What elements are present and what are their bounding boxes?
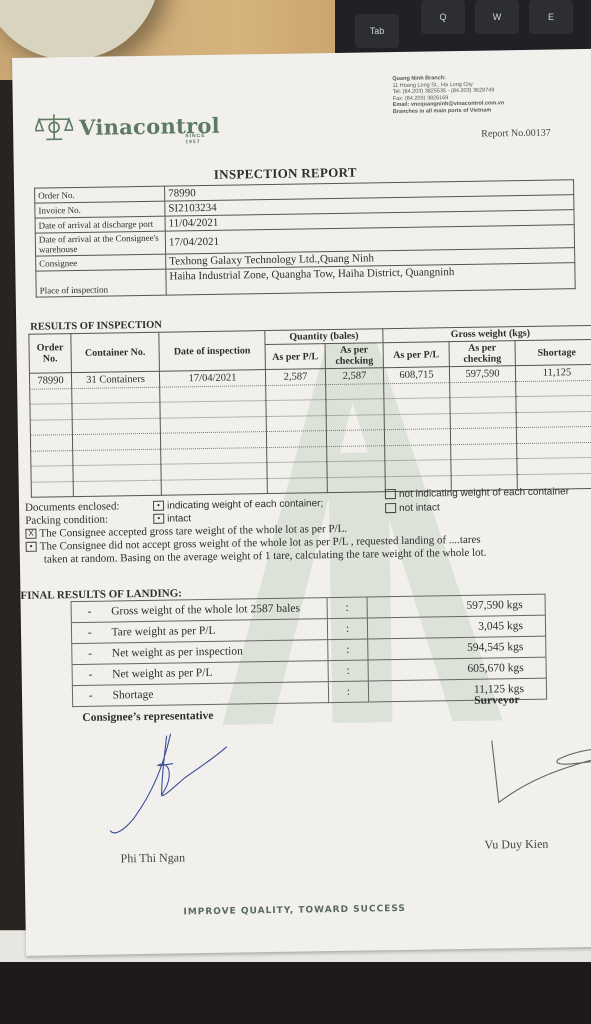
results-cell bbox=[450, 381, 516, 398]
doc-not-indicating-label: not indicating weight of each container bbox=[399, 486, 569, 500]
col-gross-check: As per checking bbox=[449, 341, 515, 367]
final-value: 605,670 kgs bbox=[368, 657, 546, 681]
results-cell bbox=[267, 446, 327, 462]
results-cell bbox=[326, 430, 384, 446]
col-qty-check: As per checking bbox=[325, 343, 383, 369]
col-date: Date of inspection bbox=[159, 331, 266, 372]
results-cell bbox=[31, 466, 73, 482]
branch-note: Branches in all main ports of Vietnam bbox=[393, 107, 491, 115]
results-cell bbox=[31, 450, 73, 466]
final-dash: - bbox=[71, 622, 107, 644]
final-dash: - bbox=[72, 643, 108, 665]
col-qty-pl: As per P/L bbox=[265, 344, 325, 370]
not-accepted-checkbox[interactable]: • bbox=[26, 542, 37, 552]
results-cell bbox=[30, 404, 72, 420]
accepted-checkbox[interactable]: X bbox=[25, 529, 36, 539]
col-container-no: Container No. bbox=[71, 332, 160, 372]
results-cell bbox=[517, 442, 591, 459]
documents-label: Documents enclosed: bbox=[25, 500, 120, 513]
pack-not-intact-checkbox[interactable] bbox=[385, 503, 396, 513]
final-results-table: -Gross weight of the whole lot 2587 bale… bbox=[71, 594, 548, 707]
report-number: Report No.00137 bbox=[481, 128, 551, 140]
shipment-info-table: Order No.78990 Invoice No.SI2103234 Date… bbox=[34, 179, 576, 297]
final-value: 594,545 kgs bbox=[368, 636, 546, 660]
results-cell bbox=[384, 429, 450, 446]
footer-slogan: IMPROVE QUALITY, TOWARD SUCCESS bbox=[183, 904, 406, 917]
col-gross-pl: As per P/L bbox=[383, 342, 449, 368]
results-cell bbox=[161, 463, 267, 480]
results-cell bbox=[30, 435, 72, 451]
key-q: Q bbox=[421, 0, 465, 34]
final-colon: : bbox=[327, 597, 367, 619]
final-colon: : bbox=[328, 639, 368, 661]
final-colon: : bbox=[328, 660, 368, 682]
results-cell bbox=[161, 447, 267, 464]
results-cell bbox=[266, 384, 326, 400]
vinacontrol-logo: Vinacontrol SINCE 1957 bbox=[35, 110, 220, 143]
key-w: W bbox=[475, 0, 519, 34]
results-cell bbox=[30, 388, 72, 404]
inspection-report-page: Quang Ninh Branch: 11 Hoang Long St., Ha… bbox=[12, 49, 591, 956]
scales-icon bbox=[35, 112, 73, 143]
results-cell bbox=[161, 478, 267, 495]
brand-since: SINCE 1957 bbox=[185, 133, 220, 146]
results-cell bbox=[160, 416, 266, 433]
col-shortage: Shortage bbox=[515, 339, 591, 365]
final-colon: : bbox=[327, 618, 367, 640]
results-cell bbox=[266, 415, 326, 431]
final-value: 3,045 kgs bbox=[367, 615, 545, 639]
results-cell bbox=[72, 418, 160, 435]
results-cell bbox=[385, 444, 451, 461]
results-cell bbox=[267, 477, 327, 493]
results-cell bbox=[516, 426, 591, 443]
place-value: Haiha Industrial Zone, Quangha Tow, Haih… bbox=[166, 263, 575, 295]
results-cell bbox=[31, 481, 73, 497]
results-cell bbox=[516, 395, 591, 412]
results-cell bbox=[516, 411, 591, 428]
surveyor-name: Vu Duy Kien bbox=[484, 837, 548, 853]
results-cell bbox=[73, 449, 161, 466]
results-cell bbox=[72, 433, 160, 450]
results-cell: 597,590 bbox=[449, 366, 515, 383]
results-cell: 78990 bbox=[29, 373, 71, 389]
results-cell: 17/04/2021 bbox=[159, 370, 265, 387]
branch-title: Quang Ninh Branch: bbox=[392, 75, 446, 82]
final-colon: : bbox=[328, 681, 368, 703]
results-cell: 11,125 bbox=[515, 364, 591, 381]
results-cell bbox=[326, 414, 384, 430]
results-table: Order No. Container No. Date of inspecti… bbox=[28, 325, 591, 498]
results-cell bbox=[451, 459, 517, 476]
surveyor-signature-icon bbox=[488, 729, 591, 811]
final-dash: - bbox=[72, 664, 108, 686]
results-cell bbox=[73, 464, 161, 481]
place-label: Place of inspection bbox=[36, 269, 166, 297]
doc-indicating-checkbox[interactable]: • bbox=[153, 501, 164, 511]
results-cell bbox=[72, 402, 160, 419]
results-cell bbox=[266, 400, 326, 416]
results-cell bbox=[385, 460, 451, 477]
results-cell bbox=[326, 383, 384, 399]
results-cell: 31 Containers bbox=[71, 371, 159, 388]
final-dash: - bbox=[71, 601, 107, 623]
consignee-rep-name: Phi Thi Ngan bbox=[120, 850, 185, 866]
results-cell bbox=[266, 431, 326, 447]
results-cell bbox=[450, 412, 516, 429]
results-cell bbox=[327, 461, 385, 477]
results-cell bbox=[160, 432, 266, 449]
pack-not-intact-label: not intact bbox=[399, 502, 440, 514]
results-cell bbox=[73, 480, 161, 497]
results-cell bbox=[326, 399, 384, 415]
results-cell: 2,587 bbox=[265, 369, 325, 385]
branch-contact: Quang Ninh Branch: 11 Hoang Long St., Ha… bbox=[392, 74, 504, 115]
surveyor-label: Surveyor bbox=[474, 694, 520, 707]
results-cell bbox=[160, 401, 266, 418]
key-e: E bbox=[529, 0, 573, 34]
key-tab: Tab bbox=[355, 14, 399, 48]
results-cell bbox=[30, 419, 72, 435]
results-cell: 2,587 bbox=[325, 368, 383, 384]
results-cell bbox=[384, 398, 450, 415]
final-value: 597,590 kgs bbox=[367, 594, 545, 618]
results-cell bbox=[160, 385, 266, 402]
pack-intact-checkbox[interactable]: • bbox=[153, 514, 164, 524]
col-order-no: Order No. bbox=[29, 334, 72, 374]
doc-not-indicating-checkbox[interactable] bbox=[385, 489, 396, 499]
results-cell bbox=[451, 443, 517, 460]
results-cell bbox=[450, 428, 516, 445]
results-cell bbox=[384, 382, 450, 399]
consignee-rep-label: Consignee’s representative bbox=[82, 710, 213, 724]
dark-background bbox=[0, 960, 591, 1024]
conditions-section: Documents enclosed: •indicating weight o… bbox=[25, 493, 591, 567]
results-cell bbox=[516, 380, 591, 397]
report-title: INSPECTION REPORT bbox=[214, 165, 357, 183]
results-cell bbox=[327, 476, 385, 492]
results-cell bbox=[327, 445, 385, 461]
results-cell bbox=[72, 387, 160, 404]
final-label: Shortage bbox=[108, 682, 328, 706]
final-dash: - bbox=[72, 685, 108, 707]
results-cell bbox=[267, 462, 327, 478]
arrival-warehouse-label: Date of arrival at the Consignee's wareh… bbox=[35, 231, 165, 256]
consignee-signature-icon bbox=[103, 724, 245, 836]
packing-label: Packing condition: bbox=[25, 514, 108, 527]
results-cell bbox=[450, 397, 516, 414]
final-value: 11,125 kgs bbox=[368, 678, 546, 702]
results-cell bbox=[384, 413, 450, 430]
results-cell bbox=[517, 457, 591, 474]
results-cell: 608,715 bbox=[383, 367, 449, 384]
results-title: RESULTS OF INSPECTION bbox=[30, 320, 162, 333]
pack-intact-label: intact bbox=[167, 513, 191, 524]
